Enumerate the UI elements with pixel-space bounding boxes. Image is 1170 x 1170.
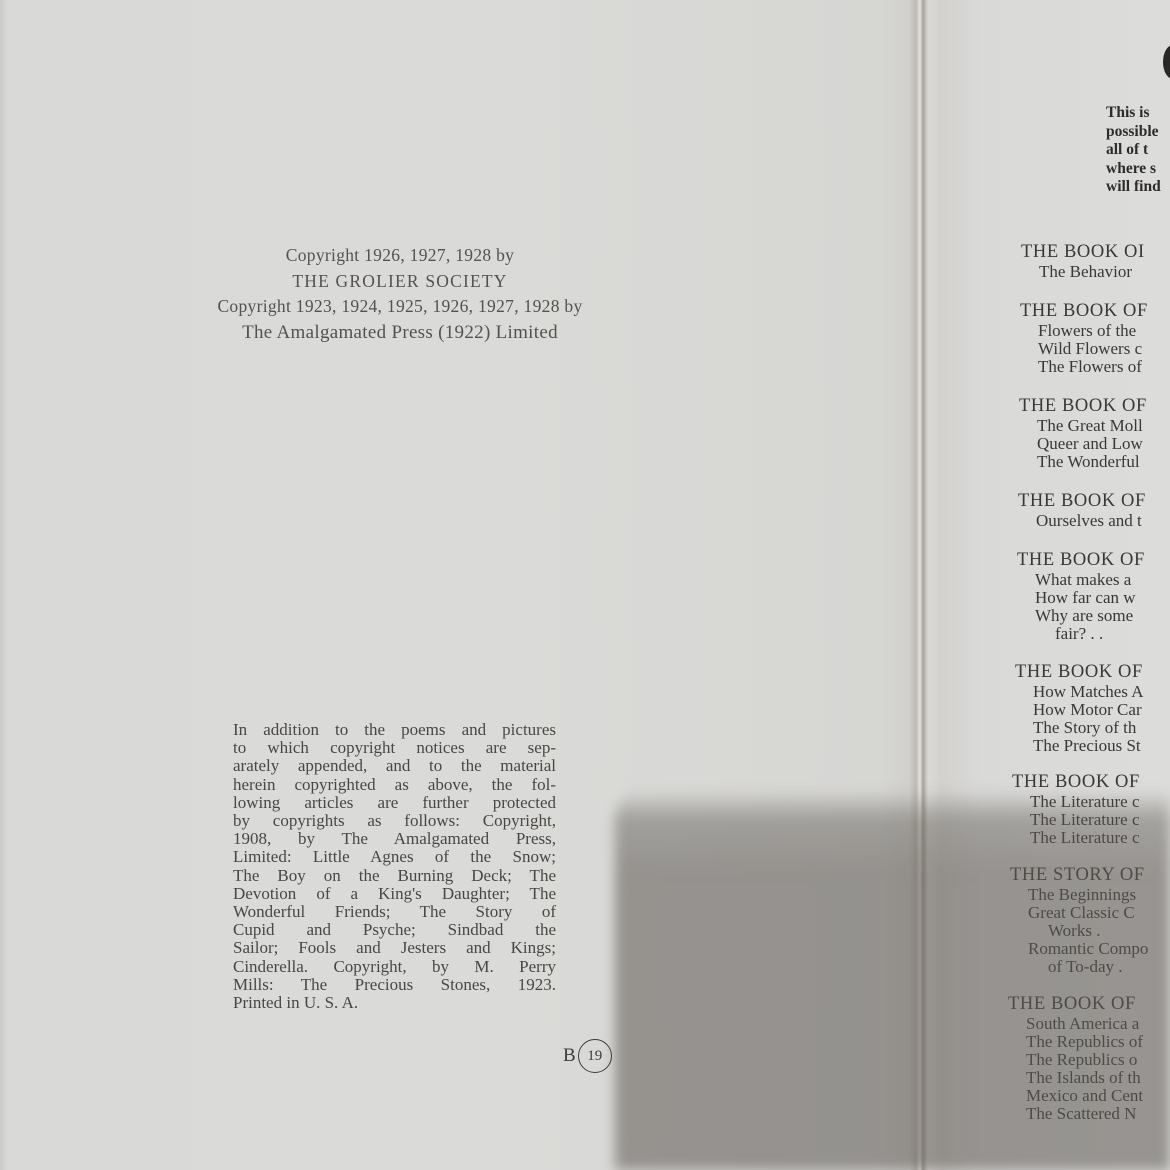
toc-entry: Works .	[1010, 922, 1148, 940]
toc-entry: The Flowers of	[1020, 358, 1148, 376]
toc-section: THE BOOK OIThe Behavior	[1021, 241, 1145, 281]
toc-section: THE STORY OFThe BeginningsGreat Classic …	[1010, 864, 1148, 976]
toc-entry: Ourselves and t	[1018, 512, 1146, 530]
right-page-content: This ispossibleall of twhere swill find …	[0, 0, 1170, 1170]
toc-section-heading: THE BOOK OF	[1015, 661, 1143, 683]
toc-entry: What makes a	[1017, 571, 1145, 589]
toc-section: THE BOOK OFThe Literature cThe Literatur…	[1012, 771, 1140, 847]
toc-section-heading: THE STORY OF	[1010, 864, 1148, 886]
toc-entry: Wild Flowers c	[1020, 340, 1148, 358]
toc-entry: How Matches A	[1015, 683, 1143, 701]
toc-entry: Romantic Compo	[1010, 940, 1148, 958]
toc-section: THE BOOK OFOurselves and t	[1018, 490, 1146, 530]
toc-entry: The Beginnings	[1010, 886, 1148, 904]
toc-entry: The Literature c	[1012, 829, 1140, 847]
toc-section-heading: THE BOOK OI	[1021, 241, 1145, 263]
toc-entry: The Literature c	[1012, 793, 1140, 811]
intro-line: possible	[1106, 123, 1161, 142]
toc-entry: The Story of th	[1015, 719, 1143, 737]
intro-line: all of t	[1106, 141, 1161, 160]
toc-entry: Queer and Low	[1019, 435, 1147, 453]
toc-entry: Flowers of the	[1020, 322, 1148, 340]
intro-paragraph: This ispossibleall of twhere swill find	[1106, 104, 1161, 197]
toc-entry: South America a	[1008, 1015, 1143, 1033]
toc-entry: The Islands of th	[1008, 1069, 1143, 1087]
toc-entry: Great Classic C	[1010, 904, 1148, 922]
toc-section-heading: THE BOOK OF	[1017, 549, 1145, 571]
toc-section: THE BOOK OFFlowers of theWild Flowers cT…	[1020, 300, 1148, 376]
toc-entry: fair? . .	[1017, 625, 1145, 643]
intro-line: will find	[1106, 178, 1161, 197]
toc-entry: The Behavior	[1021, 263, 1145, 281]
toc-entry: The Scattered N	[1008, 1105, 1143, 1123]
toc-entry: The Precious St	[1015, 737, 1143, 755]
toc-section-heading: THE BOOK OF	[1018, 490, 1146, 512]
intro-line: This is	[1106, 104, 1161, 123]
toc-section: THE BOOK OFThe Great MollQueer and LowTh…	[1019, 395, 1147, 471]
toc-section: THE BOOK OFSouth America aThe Republics …	[1008, 993, 1143, 1123]
toc-entry: Why are some	[1017, 607, 1145, 625]
title-letter-fragment	[1163, 45, 1170, 79]
toc-section: THE BOOK OFHow Matches AHow Motor CarThe…	[1015, 661, 1143, 755]
toc-entry: How Motor Car	[1015, 701, 1143, 719]
toc-section-heading: THE BOOK OF	[1019, 395, 1147, 417]
toc-entry: Mexico and Cent	[1008, 1087, 1143, 1105]
toc-entry: How far can w	[1017, 589, 1145, 607]
toc-section-heading: THE BOOK OF	[1012, 771, 1140, 793]
intro-line: where s	[1106, 160, 1161, 179]
toc-entry: The Wonderful	[1019, 453, 1147, 471]
toc-section: THE BOOK OFWhat makes aHow far can wWhy …	[1017, 549, 1145, 643]
toc-entry: of To-day .	[1010, 958, 1148, 976]
toc-section-heading: THE BOOK OF	[1020, 300, 1148, 322]
toc-entry: The Republics of	[1008, 1033, 1143, 1051]
toc-section-heading: THE BOOK OF	[1008, 993, 1143, 1015]
toc-entry: The Great Moll	[1019, 417, 1147, 435]
toc-entry: The Republics o	[1008, 1051, 1143, 1069]
toc-entry: The Literature c	[1012, 811, 1140, 829]
